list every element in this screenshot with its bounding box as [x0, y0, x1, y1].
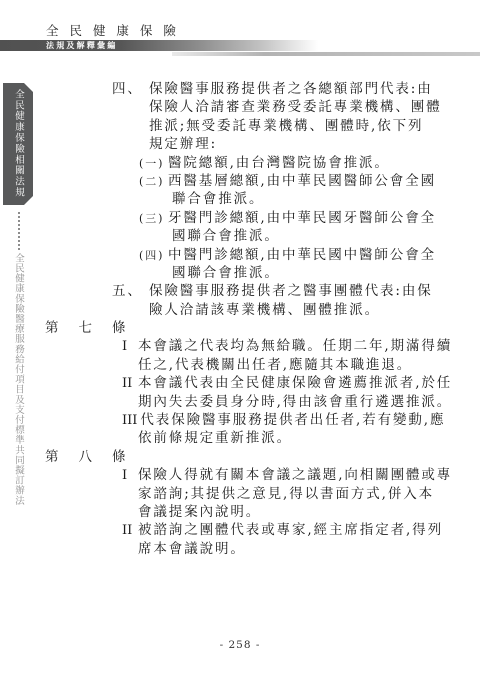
line-text: 代表保險醫事服務提供者出任者,若有變動,應: [140, 412, 445, 428]
content-line: 家諮詢;其提供之意見,得以書面方式,併入本: [0, 485, 480, 503]
content-line: 席本會議說明。: [0, 540, 480, 558]
content-line: 聯合會推派。: [0, 190, 480, 208]
article-heading-text: 第七條: [45, 320, 146, 336]
content-line: III代表保險醫事服務提供者出任者,若有變動,應: [0, 411, 480, 429]
paragraph-numeral: II: [122, 522, 135, 540]
page-number: - 258 -: [0, 639, 480, 651]
document-body: 四、保險醫事服務提供者之各總額部門代表:由 保險人洽請審查業務受委託專業機構、團…: [0, 80, 480, 558]
content-line: 五、保險醫事服務提供者之醫事團體代表:由保: [0, 282, 480, 300]
paragraph-numeral: I: [122, 467, 135, 485]
paragraph-numeral: II: [122, 375, 135, 393]
content-line: (一)醫院總額,由台灣醫院協會推派。: [0, 154, 480, 172]
line-text: 席本會議說明。: [138, 541, 246, 557]
content-line: I保險人得就有關本會議之議題,向相關團體或專: [0, 466, 480, 484]
content-line: I本會議之代表均為無給職。任期二年,期滿得續: [0, 337, 480, 355]
content-line: 期內失去委員身分時,得由該會重行遴選推派。: [0, 393, 480, 411]
line-text: 會議提案內說明。: [138, 504, 261, 520]
line-text: 推派;無受委託專業機構、團體時,依下列: [149, 118, 423, 134]
list-marker: (四): [139, 247, 168, 265]
content-line: 任之,代表機關出任者,應隨其本職進退。: [0, 356, 480, 374]
content-line: 推派;無受委託專業機構、團體時,依下列: [0, 117, 480, 135]
line-text: 本會議之代表均為無給職。任期二年,期滿得續: [138, 338, 452, 354]
series-badge-bar: 法規及解釋彙編: [0, 40, 318, 51]
article-heading: 第七條: [0, 319, 480, 337]
list-marker: (二): [139, 173, 168, 191]
content-line: 會議提案內說明。: [0, 503, 480, 521]
line-text: 國聯合會推派。: [172, 265, 280, 281]
list-marker: (三): [139, 210, 168, 228]
line-text: 醫院總額,由台灣醫院協會推派。: [168, 155, 390, 171]
content-line: (二)西醫基層總額,由中華民國醫師公會全國: [0, 172, 480, 190]
line-text: 依前條規定重新推派。: [138, 430, 292, 446]
content-line: II本會議代表由全民健康保險會遴薦推派者,於任: [0, 374, 480, 392]
page-title: 全 民 健 康 保 險: [46, 24, 179, 38]
list-marker: 四、: [112, 80, 149, 98]
content-line: 保險人洽請審查業務受委託專業機構、團體: [0, 98, 480, 116]
line-text: 任之,代表機關出任者,應隨其本職進退。: [138, 357, 412, 373]
content-line: 四、保險醫事服務提供者之各總額部門代表:由: [0, 80, 480, 98]
content-line: (四)中醫門診總額,由中華民國中醫師公會全: [0, 246, 480, 264]
series-badge-label: 法規及解釋彙編: [0, 40, 117, 51]
document-page: 全 民 健 康 保 險 法規及解釋彙編 全民健康保險相關法規 全民健康保險醫療服…: [0, 0, 480, 681]
line-text: 本會議代表由全民健康保險會遴薦推派者,於任: [138, 375, 452, 391]
list-marker: 五、: [112, 282, 149, 300]
line-text: 家諮詢;其提供之意見,得以書面方式,併入本: [138, 486, 434, 502]
line-text: 保險醫事服務提供者之醫事團體代表:由保: [149, 283, 433, 299]
article-heading-text: 第八條: [45, 449, 146, 465]
list-marker: (一): [139, 155, 168, 173]
content-line: 險人洽請該專業機構、團體推派。: [0, 301, 480, 319]
line-text: 規定辦理:: [149, 136, 217, 152]
line-text: 期內失去委員身分時,得由該會重行遴選推派。: [138, 394, 452, 410]
line-text: 保險人洽請審查業務受委託專業機構、團體: [149, 99, 442, 115]
line-text: 被諮詢之團體代表或專家,經主席指定者,得列: [138, 522, 443, 538]
line-text: 牙醫門診總額,由中華民國牙醫師公會全: [168, 210, 436, 226]
line-text: 中醫門診總額,由中華民國中醫師公會全: [168, 247, 436, 263]
header-divider: [172, 52, 480, 56]
content-line: 依前條規定重新推派。: [0, 429, 480, 447]
article-heading: 第八條: [0, 448, 480, 466]
line-text: 險人洽請該專業機構、團體推派。: [149, 302, 380, 318]
content-line: (三)牙醫門診總額,由中華民國牙醫師公會全: [0, 209, 480, 227]
content-line: 規定辦理:: [0, 135, 480, 153]
line-text: 國聯合會推派。: [172, 228, 280, 244]
line-text: 聯合會推派。: [172, 191, 264, 207]
line-text: 保險人得就有關本會議之議題,向相關團體或專: [138, 467, 452, 483]
content-line: 國聯合會推派。: [0, 264, 480, 282]
paragraph-numeral: I: [122, 338, 135, 356]
line-text: 西醫基層總額,由中華民國醫師公會全國: [168, 173, 436, 189]
paragraph-numeral: III: [122, 412, 137, 430]
content-line: 國聯合會推派。: [0, 227, 480, 245]
line-text: 保險醫事服務提供者之各總額部門代表:由: [149, 81, 433, 97]
content-line: II被諮詢之團體代表或專家,經主席指定者,得列: [0, 521, 480, 539]
